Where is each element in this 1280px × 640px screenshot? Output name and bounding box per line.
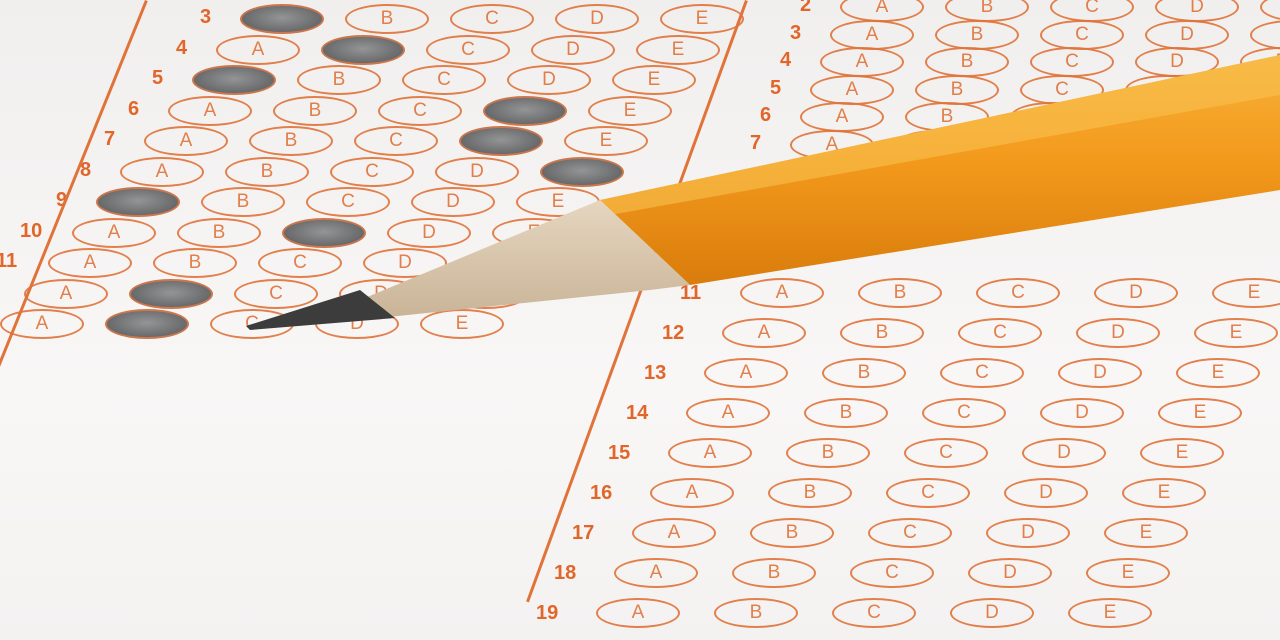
answer-bubble[interactable]: B <box>177 218 261 248</box>
answer-bubble[interactable]: D <box>1105 130 1189 160</box>
question-number: 12 <box>662 322 684 345</box>
answer-bubble[interactable]: C <box>1040 20 1124 50</box>
answer-bubble[interactable]: E <box>444 279 528 309</box>
question-number: 5 <box>152 67 163 90</box>
question-number: 17 <box>572 522 594 545</box>
answer-bubble[interactable]: E <box>1140 438 1224 468</box>
question-number: 11 <box>0 250 17 273</box>
answer-bubble[interactable]: A <box>632 518 716 548</box>
answer-bubble[interactable]: D <box>1135 47 1219 77</box>
answer-bubble[interactable]: A <box>168 96 252 126</box>
question-number: 3 <box>790 22 801 45</box>
answer-bubble[interactable]: B <box>945 0 1029 22</box>
question-number: 10 <box>20 220 42 243</box>
answer-bubble[interactable]: C <box>402 65 486 95</box>
answer-sheet-photo: 3ABCDE4ABCDE5ABCDE6ABCDE7ABCDE8ABCDE9ABC… <box>0 0 1280 640</box>
answer-bubble[interactable]: B <box>858 278 942 308</box>
answer-bubble[interactable]: A <box>144 126 228 156</box>
answer-bubble[interactable]: A <box>650 478 734 508</box>
answer-bubble[interactable]: A <box>596 598 680 628</box>
answer-bubble[interactable]: B <box>840 318 924 348</box>
answer-bubble[interactable]: C <box>450 4 534 34</box>
answer-bubble[interactable]: A <box>72 218 156 248</box>
answer-bubble[interactable]: E <box>1240 47 1280 77</box>
answer-bubble[interactable]: A <box>840 0 924 22</box>
answer-bubble[interactable]: E <box>468 248 552 278</box>
question-number: 19 <box>536 602 558 625</box>
answer-bubble[interactable]: E <box>1250 20 1280 50</box>
answer-bubble[interactable]: B <box>732 558 816 588</box>
answer-bubble[interactable]: D <box>1076 318 1160 348</box>
answer-bubble[interactable]: D <box>950 598 1034 628</box>
answer-bubble[interactable]: D <box>459 126 543 156</box>
answer-bubble[interactable]: A <box>96 187 180 217</box>
answer-bubble[interactable]: B <box>201 187 285 217</box>
answer-bubble[interactable]: D <box>1145 20 1229 50</box>
question-number: 6 <box>760 104 771 127</box>
answer-bubble[interactable]: B <box>895 130 979 160</box>
answer-bubble[interactable]: B <box>273 96 357 126</box>
answer-bubble[interactable]: B <box>249 126 333 156</box>
question-number: 13 <box>644 362 666 385</box>
answer-bubble[interactable]: C <box>234 279 318 309</box>
answer-bubble[interactable]: E <box>1086 558 1170 588</box>
answer-bubble[interactable]: C <box>282 218 366 248</box>
answer-bubble[interactable]: D <box>1058 358 1142 388</box>
answer-bubble[interactable]: C <box>210 309 294 339</box>
question-number: 4 <box>780 49 791 72</box>
answer-bubble[interactable]: C <box>1000 130 1084 160</box>
answer-bubble[interactable]: E <box>1068 598 1152 628</box>
question-number: 11 <box>680 282 701 305</box>
answer-bubble[interactable]: C <box>904 438 988 468</box>
answer-bubble[interactable]: E <box>1158 398 1242 428</box>
answer-bubble[interactable]: D <box>411 187 495 217</box>
question-number: 7 <box>750 132 761 155</box>
answer-bubble[interactable]: E <box>612 65 696 95</box>
answer-bubble[interactable]: C <box>886 478 970 508</box>
answer-bubble[interactable]: E <box>420 309 504 339</box>
answer-bubble[interactable]: E <box>1194 318 1278 348</box>
answer-bubble[interactable]: A <box>810 75 894 105</box>
answer-bubble[interactable]: B <box>105 309 189 339</box>
answer-bubble[interactable]: A <box>820 47 904 77</box>
answer-bubble[interactable]: B <box>750 518 834 548</box>
question-number: 7 <box>104 128 115 151</box>
answer-bubble[interactable]: C <box>1010 102 1094 132</box>
answer-bubble[interactable]: D <box>483 96 567 126</box>
question-number: 5 <box>770 77 781 100</box>
answer-bubble[interactable]: D <box>986 518 1070 548</box>
answer-bubble[interactable]: C <box>832 598 916 628</box>
answer-bubble[interactable]: A <box>24 279 108 309</box>
answer-bubble[interactable]: A <box>668 438 752 468</box>
answer-bubble[interactable]: B <box>822 358 906 388</box>
answer-bubble[interactable]: B <box>714 598 798 628</box>
answer-bubble[interactable]: E <box>516 187 600 217</box>
question-number: 4 <box>176 37 187 60</box>
answer-bubble[interactable]: C <box>354 126 438 156</box>
answer-bubble[interactable]: D <box>1125 75 1209 105</box>
answer-bubble[interactable]: E <box>1230 75 1280 105</box>
answer-bubble[interactable]: C <box>1020 75 1104 105</box>
answer-bubble[interactable]: C <box>976 278 1060 308</box>
answer-bubble[interactable]: C <box>258 248 342 278</box>
answer-bubble[interactable]: B <box>915 75 999 105</box>
answer-bubble[interactable]: A <box>120 157 204 187</box>
answer-bubble[interactable]: D <box>968 558 1052 588</box>
answer-bubble[interactable]: E <box>1176 358 1260 388</box>
answer-bubble[interactable]: B <box>297 65 381 95</box>
answer-bubble[interactable]: D <box>435 157 519 187</box>
answer-bubble[interactable]: B <box>153 248 237 278</box>
answer-bubble[interactable]: B <box>345 4 429 34</box>
answer-bubble[interactable]: E <box>588 96 672 126</box>
answer-bubble[interactable]: A <box>192 65 276 95</box>
answer-bubble[interactable]: B <box>321 35 405 65</box>
answer-bubble[interactable]: C <box>850 558 934 588</box>
answer-bubble[interactable]: E <box>1210 130 1280 160</box>
answer-bubble[interactable]: A <box>790 130 874 160</box>
question-number: 14 <box>626 402 648 425</box>
answer-bubble[interactable]: E <box>564 126 648 156</box>
question-number: 15 <box>608 442 630 465</box>
question-number: 6 <box>128 98 139 121</box>
answer-bubble[interactable]: C <box>922 398 1006 428</box>
answer-bubble[interactable]: B <box>225 157 309 187</box>
answer-bubble[interactable]: D <box>1155 0 1239 22</box>
answer-bubble[interactable]: D <box>1094 278 1178 308</box>
answer-bubble[interactable]: A <box>686 398 770 428</box>
answer-bubble[interactable]: E <box>1260 0 1280 22</box>
answer-bubble[interactable]: B <box>768 478 852 508</box>
answer-bubble[interactable]: B <box>786 438 870 468</box>
answer-bubble[interactable]: A <box>830 20 914 50</box>
answer-bubble[interactable]: C <box>1050 0 1134 22</box>
answer-bubble[interactable]: E <box>492 218 576 248</box>
question-number: 2 <box>800 0 811 17</box>
answer-bubble[interactable]: B <box>129 279 213 309</box>
answer-bubble[interactable]: A <box>614 558 698 588</box>
answer-bubble[interactable]: D <box>1004 478 1088 508</box>
answer-bubble[interactable]: C <box>330 157 414 187</box>
answer-bubble[interactable]: A <box>722 318 806 348</box>
answer-bubble[interactable]: E <box>1212 278 1280 308</box>
answer-bubble[interactable]: C <box>868 518 952 548</box>
answer-bubble[interactable]: D <box>555 4 639 34</box>
answer-bubble[interactable]: B <box>905 102 989 132</box>
answer-bubble[interactable]: D <box>1115 102 1199 132</box>
answer-bubble[interactable]: D <box>507 65 591 95</box>
answer-bubble[interactable]: D <box>1022 438 1106 468</box>
answer-bubble[interactable]: A <box>740 278 824 308</box>
question-number: 16 <box>590 482 612 505</box>
answer-bubble[interactable]: C <box>378 96 462 126</box>
answer-bubble[interactable]: D <box>363 248 447 278</box>
answer-bubble[interactable]: D <box>315 309 399 339</box>
answer-bubble[interactable]: B <box>935 20 1019 50</box>
question-number: 3 <box>200 6 211 29</box>
answer-bubble[interactable]: A <box>704 358 788 388</box>
answer-bubble[interactable]: E <box>1122 478 1206 508</box>
answer-bubble[interactable]: D <box>387 218 471 248</box>
answer-bubble[interactable]: E <box>660 4 744 34</box>
answer-bubble[interactable]: C <box>940 358 1024 388</box>
question-number: 18 <box>554 562 576 585</box>
answer-bubble[interactable]: E <box>540 157 624 187</box>
answer-bubble[interactable]: A <box>240 4 324 34</box>
answer-bubble[interactable]: B <box>804 398 888 428</box>
answer-bubble[interactable]: E <box>1220 102 1280 132</box>
answer-bubble[interactable]: C <box>426 35 510 65</box>
answer-bubble[interactable]: B <box>925 47 1009 77</box>
answer-bubble[interactable]: E <box>636 35 720 65</box>
answer-bubble[interactable]: A <box>48 248 132 278</box>
answer-bubble[interactable]: A <box>800 102 884 132</box>
answer-bubble[interactable]: D <box>531 35 615 65</box>
answer-bubble[interactable]: C <box>958 318 1042 348</box>
answer-bubble[interactable]: E <box>1104 518 1188 548</box>
answer-bubble[interactable]: C <box>1030 47 1114 77</box>
answer-bubble[interactable]: D <box>1040 398 1124 428</box>
answer-bubble[interactable]: C <box>306 187 390 217</box>
answer-bubble[interactable]: A <box>216 35 300 65</box>
answer-bubble[interactable]: D <box>339 279 423 309</box>
